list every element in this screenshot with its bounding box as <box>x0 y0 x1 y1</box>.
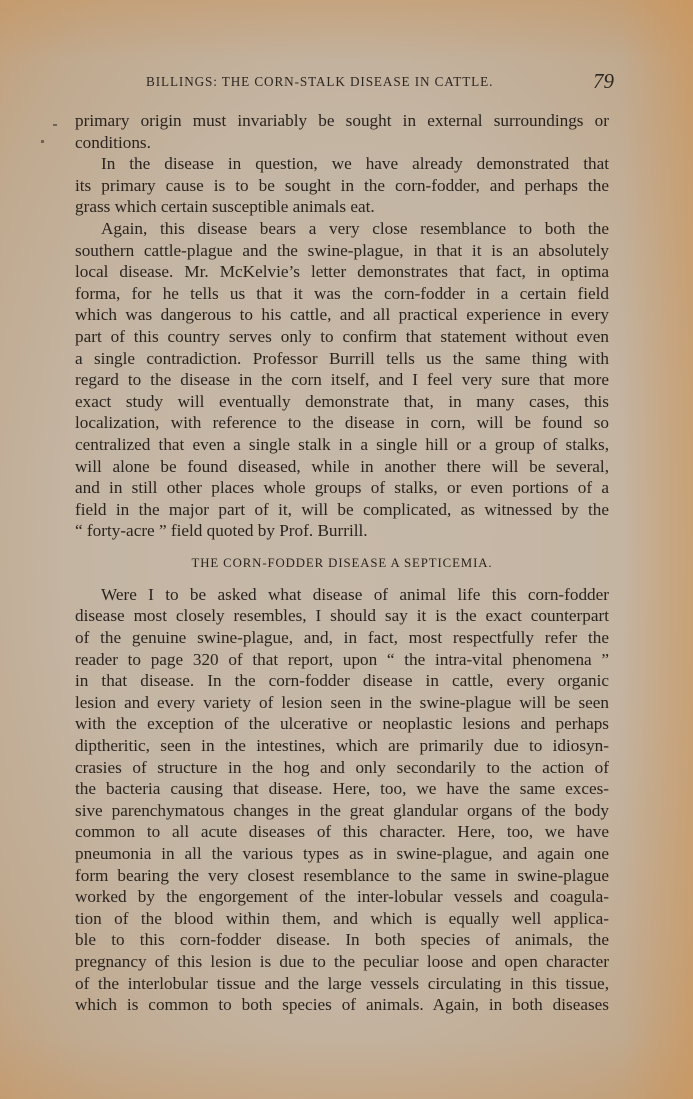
text-line: which was dangerous to his cattle, and a… <box>75 304 609 326</box>
text-line: sive parenchymatous changes in the great… <box>75 800 609 822</box>
text-line: forma, for he tells us that it was the c… <box>75 283 609 305</box>
text-line: tion of the blood within them, and which… <box>75 908 609 930</box>
text-line: In the disease in question, we have alre… <box>75 153 609 175</box>
text-line: centralized that even a single stalk in … <box>75 434 609 456</box>
text-line: Again, this disease bears a very close r… <box>75 218 609 240</box>
text-line: southern cattle-plague and the swine-pla… <box>75 240 609 262</box>
paragraph-3: Again, this disease bears a very close r… <box>75 218 609 542</box>
text-line: of the genuine swine-plague, and, in fac… <box>75 627 609 649</box>
scanned-book-page: BILLINGS: THE CORN-STALK DISEASE IN CATT… <box>0 0 693 1099</box>
body-text: primary origin must invariably be sought… <box>75 110 609 1016</box>
paper-stain-top <box>0 0 693 60</box>
text-line: part of this country serves only to conf… <box>75 326 609 348</box>
text-line: its primary cause is to be sought in the… <box>75 175 609 197</box>
text-line: disease most closely resembles, I should… <box>75 605 609 627</box>
text-line: localization, with reference to the dise… <box>75 412 609 434</box>
text-line: pneumonia in all the various types as in… <box>75 843 609 865</box>
text-line: primary origin must invariably be sought… <box>75 110 609 132</box>
running-head: BILLINGS: THE CORN-STALK DISEASE IN CATT… <box>146 73 614 91</box>
text-line: local disease. Mr. McKelvie’s letter dem… <box>75 261 609 283</box>
text-line: of the interlobular tissue and the large… <box>75 973 609 995</box>
text-line: “ forty-acre ” field quoted by Prof. Bur… <box>75 520 609 542</box>
text-line: a single contradiction. Professor Burril… <box>75 348 609 370</box>
paper-stain-right <box>623 0 693 1099</box>
text-line: common to all acute diseases of this cha… <box>75 821 609 843</box>
text-line: regard to the disease in the corn itself… <box>75 369 609 391</box>
page-number: 79 <box>593 69 614 94</box>
text-line: field in the major part of it, will be c… <box>75 499 609 521</box>
paper-stain-bottom <box>0 1039 693 1099</box>
text-line: lesion and every variety of lesion seen … <box>75 692 609 714</box>
paragraph-1: primary origin must invariably be sought… <box>75 110 609 153</box>
section-heading: THE CORN-FODDER DISEASE A SEPTICEMIA. <box>75 554 609 572</box>
text-line: worked by the engorgement of the inter-l… <box>75 886 609 908</box>
text-line: diptheritic, seen in the intestines, whi… <box>75 735 609 757</box>
margin-speck <box>53 124 57 126</box>
text-line: will alone be found diseased, while in a… <box>75 456 609 478</box>
margin-speck <box>41 140 44 143</box>
text-line: crasies of structure in the hog and only… <box>75 757 609 779</box>
text-line: and in still other places whole groups o… <box>75 477 609 499</box>
paragraph-2: In the disease in question, we have alre… <box>75 153 609 218</box>
text-line: Were I to be asked what disease of anima… <box>75 584 609 606</box>
text-line: pregnancy of this lesion is due to the p… <box>75 951 609 973</box>
text-line: exact study will eventually demonstrate … <box>75 391 609 413</box>
text-line: in that disease. In the corn-fodder dise… <box>75 670 609 692</box>
text-line: with the exception of the ulcerative or … <box>75 713 609 735</box>
text-line: form bearing the very closest resemblanc… <box>75 865 609 887</box>
text-line: ble to this corn-fodder disease. In both… <box>75 929 609 951</box>
text-line: reader to page 320 of that report, upon … <box>75 649 609 671</box>
paragraph-4: Were I to be asked what disease of anima… <box>75 584 609 1016</box>
running-head-title: BILLINGS: THE CORN-STALK DISEASE IN CATT… <box>146 74 493 89</box>
text-line: conditions. <box>75 132 609 154</box>
text-line: which is common to both species of anima… <box>75 994 609 1016</box>
text-line: the bacteria causing that disease. Here,… <box>75 778 609 800</box>
text-line: grass which certain susceptible animals … <box>75 196 609 218</box>
